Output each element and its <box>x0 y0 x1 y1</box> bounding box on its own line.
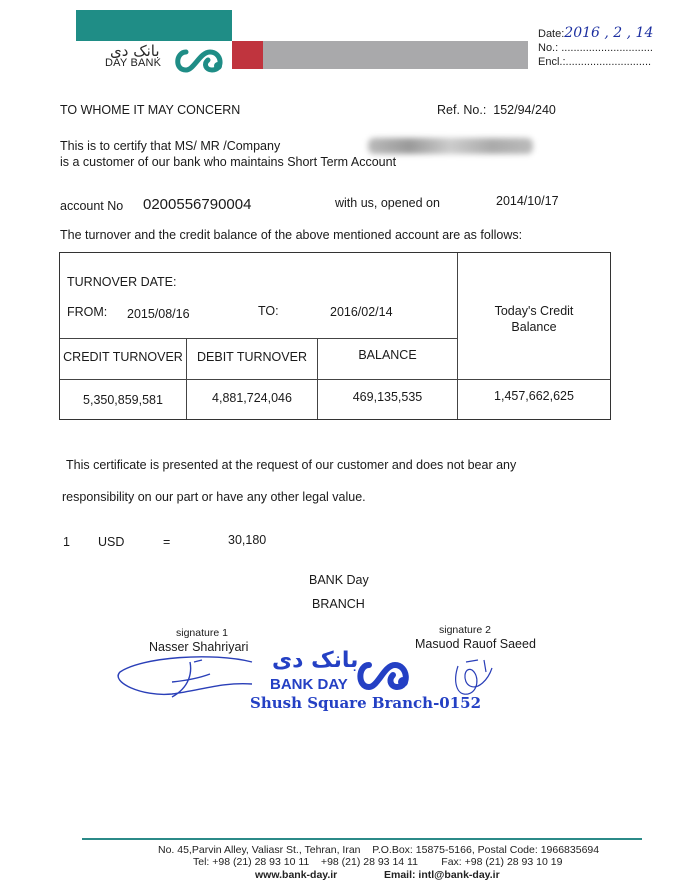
footer-tel: Tel: +98 (21) 28 93 10 11 +98 (21) 28 93… <box>193 856 418 868</box>
credit-turnover-value: 5,350,859,581 <box>60 393 186 407</box>
footer-address: No. 45,Parvin Alley, Valiasr St., Tehran… <box>158 844 361 856</box>
debit-turnover-value: 4,881,724,046 <box>187 391 317 405</box>
disclaimer-line-2: responsibility on our part or have any o… <box>62 490 366 504</box>
bank-name: BANK Day <box>309 573 369 587</box>
stamp-logo-icon <box>355 660 413 692</box>
table-intro: The turnover and the credit balance of t… <box>60 228 522 242</box>
debit-turnover-header: DEBIT TURNOVER <box>187 350 317 364</box>
opened-label: with us, opened on <box>335 196 440 210</box>
encl-value: ............................ <box>566 56 652 68</box>
date-label: Date: <box>538 28 564 40</box>
balance-header: BALANCE <box>318 348 457 362</box>
exchange-currency: USD <box>98 535 124 549</box>
footer-phone-line: Tel: +98 (21) 28 93 10 11 +98 (21) 28 93… <box>193 856 562 868</box>
today-credit-label: Today's Credit Balance <box>458 303 610 335</box>
stamp-persian-text: بانک دی <box>272 648 358 673</box>
opened-date: 2014/10/17 <box>496 194 559 208</box>
header-grey-bar <box>263 41 528 69</box>
stamp-branch-text: Shush Square Branch-0152 <box>250 694 481 712</box>
signature-1-scribble-icon <box>112 652 262 702</box>
to-value: 2016/02/14 <box>330 305 393 319</box>
credit-turnover-header: CREDIT TURNOVER <box>60 350 186 364</box>
stamp-english-text: BANK DAY <box>270 676 348 693</box>
signature-2-name: Masuod Rauof Saeed <box>415 637 536 651</box>
ref-value: 152/94/240 <box>493 103 556 117</box>
exchange-qty: 1 <box>63 535 70 549</box>
header-teal-bar <box>76 10 232 41</box>
to-label: TO: <box>258 304 279 318</box>
branch-label: BRANCH <box>312 597 365 611</box>
logo-english-text: DAY BANK <box>105 57 161 69</box>
today-credit-value: 1,457,662,625 <box>458 389 610 403</box>
turnover-table: TURNOVER DATE: FROM: 2015/08/16 TO: 2016… <box>59 252 611 420</box>
account-number: 0200556790004 <box>143 196 251 213</box>
footer-web[interactable]: www.bank-day.ir <box>255 869 337 881</box>
salutation: TO WHOME IT MAY CONCERN <box>60 103 240 117</box>
footer-divider <box>82 838 642 840</box>
account-label: account No <box>60 199 123 213</box>
signature-2-label: signature 2 <box>439 624 491 636</box>
footer-email[interactable]: Email: intl@bank-day.ir <box>384 869 500 881</box>
encl-label: Encl.: <box>538 56 566 68</box>
footer-pobox: P.O.Box: 15875-5166, Postal Code: 196683… <box>372 844 599 856</box>
signature-1-label: signature 1 <box>176 627 228 639</box>
header-red-block <box>232 41 263 69</box>
customer-line: is a customer of our bank who maintains … <box>60 155 396 169</box>
day-bank-logo-icon <box>172 48 228 74</box>
disclaimer-line-1: This certificate is presented at the req… <box>66 458 516 472</box>
balance-value: 469,135,535 <box>318 390 457 404</box>
footer-fax: Fax: +98 (21) 28 93 10 19 <box>441 856 562 868</box>
footer-address-line: No. 45,Parvin Alley, Valiasr St., Tehran… <box>158 844 599 856</box>
ref-number: Ref. No.: 152/94/240 <box>437 103 556 117</box>
no-value: .............................. <box>561 42 653 54</box>
redacted-customer-name <box>368 138 533 154</box>
from-label: FROM: <box>67 305 107 319</box>
no-label: No.: <box>538 42 558 54</box>
certify-line: This is to certify that MS/ MR /Company <box>60 139 280 153</box>
exchange-rate: 30,180 <box>228 533 266 547</box>
ref-label: Ref. No.: <box>437 103 486 117</box>
date-value: 2016 , 2 , 14 <box>564 25 653 41</box>
exchange-equals: = <box>163 535 170 549</box>
document-meta: Date:2016 , 2 , 14 No.: ................… <box>538 26 653 69</box>
from-value: 2015/08/16 <box>127 307 190 321</box>
turnover-date-label: TURNOVER DATE: <box>67 275 177 289</box>
